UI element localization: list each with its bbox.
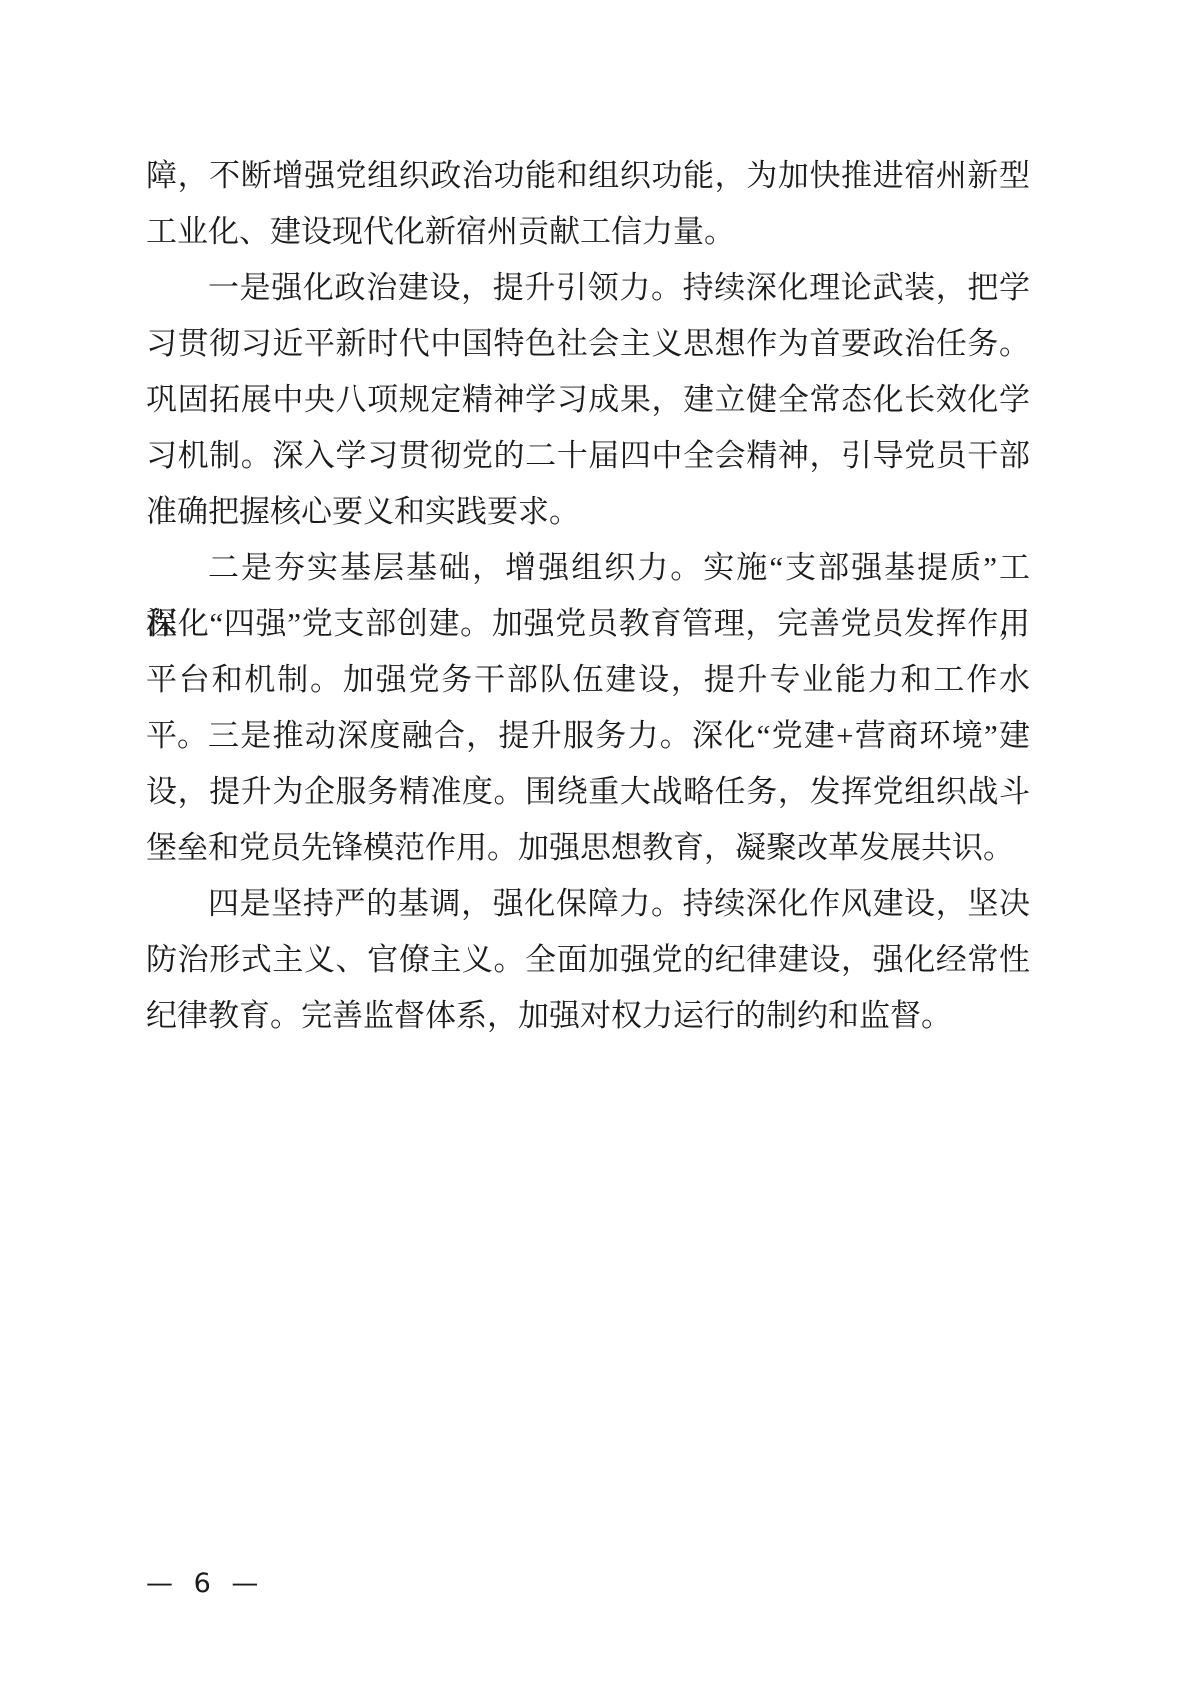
- document-page: 障，不断增强党组织政治功能和组织功能，为加快推进宿州新型工业化、建设现代化新宿州…: [0, 0, 1190, 1683]
- paragraph: 二是夯实基层基础，增强组织力。实施“支部强基提质”工程，深化“四强”党支部创建。…: [146, 540, 1030, 708]
- text-line: 平台和机制。加强党务干部队伍建设，提升专业能力和工作水平。: [146, 652, 1030, 708]
- text-line: 一是强化政治建设，提升引领力。持续深化理论武装，把学: [146, 260, 1030, 316]
- paragraph: 三是推动深度融合，提升服务力。深化“党建+营商环境”建设，提升为企服务精准度。围…: [146, 708, 1030, 876]
- text-line: 防治形式主义、官僚主义。全面加强党的纪律建设，强化经常性: [146, 932, 1030, 988]
- document-body: 障，不断增强党组织政治功能和组织功能，为加快推进宿州新型工业化、建设现代化新宿州…: [146, 148, 1030, 1044]
- text-line: 习贯彻习近平新时代中国特色社会主义思想作为首要政治任务。: [146, 316, 1030, 372]
- text-line: 二是夯实基层基础，增强组织力。实施“支部强基提质”工程，: [146, 540, 1030, 596]
- text-line: 三是推动深度融合，提升服务力。深化“党建+营商环境”建: [146, 708, 1030, 764]
- text-line: 堡垒和党员先锋模范作用。加强思想教育，凝聚改革发展共识。: [146, 820, 1030, 876]
- text-line: 四是坚持严的基调，强化保障力。持续深化作风建设，坚决: [146, 876, 1030, 932]
- text-line: 工业化、建设现代化新宿州贡献工信力量。: [146, 204, 1030, 260]
- text-line: 巩固拓展中央八项规定精神学习成果，建立健全常态化长效化学: [146, 372, 1030, 428]
- text-line: 设，提升为企服务精准度。围绕重大战略任务，发挥党组织战斗: [146, 764, 1030, 820]
- text-line: 深化“四强”党支部创建。加强党员教育管理，完善党员发挥作用: [146, 596, 1030, 652]
- paragraph: 障，不断增强党组织政治功能和组织功能，为加快推进宿州新型工业化、建设现代化新宿州…: [146, 148, 1030, 260]
- paragraph: 四是坚持严的基调，强化保障力。持续深化作风建设，坚决防治形式主义、官僚主义。全面…: [146, 876, 1030, 1044]
- text-line: 准确把握核心要义和实践要求。: [146, 484, 1030, 540]
- page-number: — 6 —: [146, 1568, 264, 1599]
- text-line: 习机制。深入学习贯彻党的二十届四中全会精神，引导党员干部: [146, 428, 1030, 484]
- text-line: 纪律教育。完善监督体系，加强对权力运行的制约和监督。: [146, 988, 1030, 1044]
- text-line: 障，不断增强党组织政治功能和组织功能，为加快推进宿州新型: [146, 148, 1030, 204]
- paragraph: 一是强化政治建设，提升引领力。持续深化理论武装，把学习贯彻习近平新时代中国特色社…: [146, 260, 1030, 540]
